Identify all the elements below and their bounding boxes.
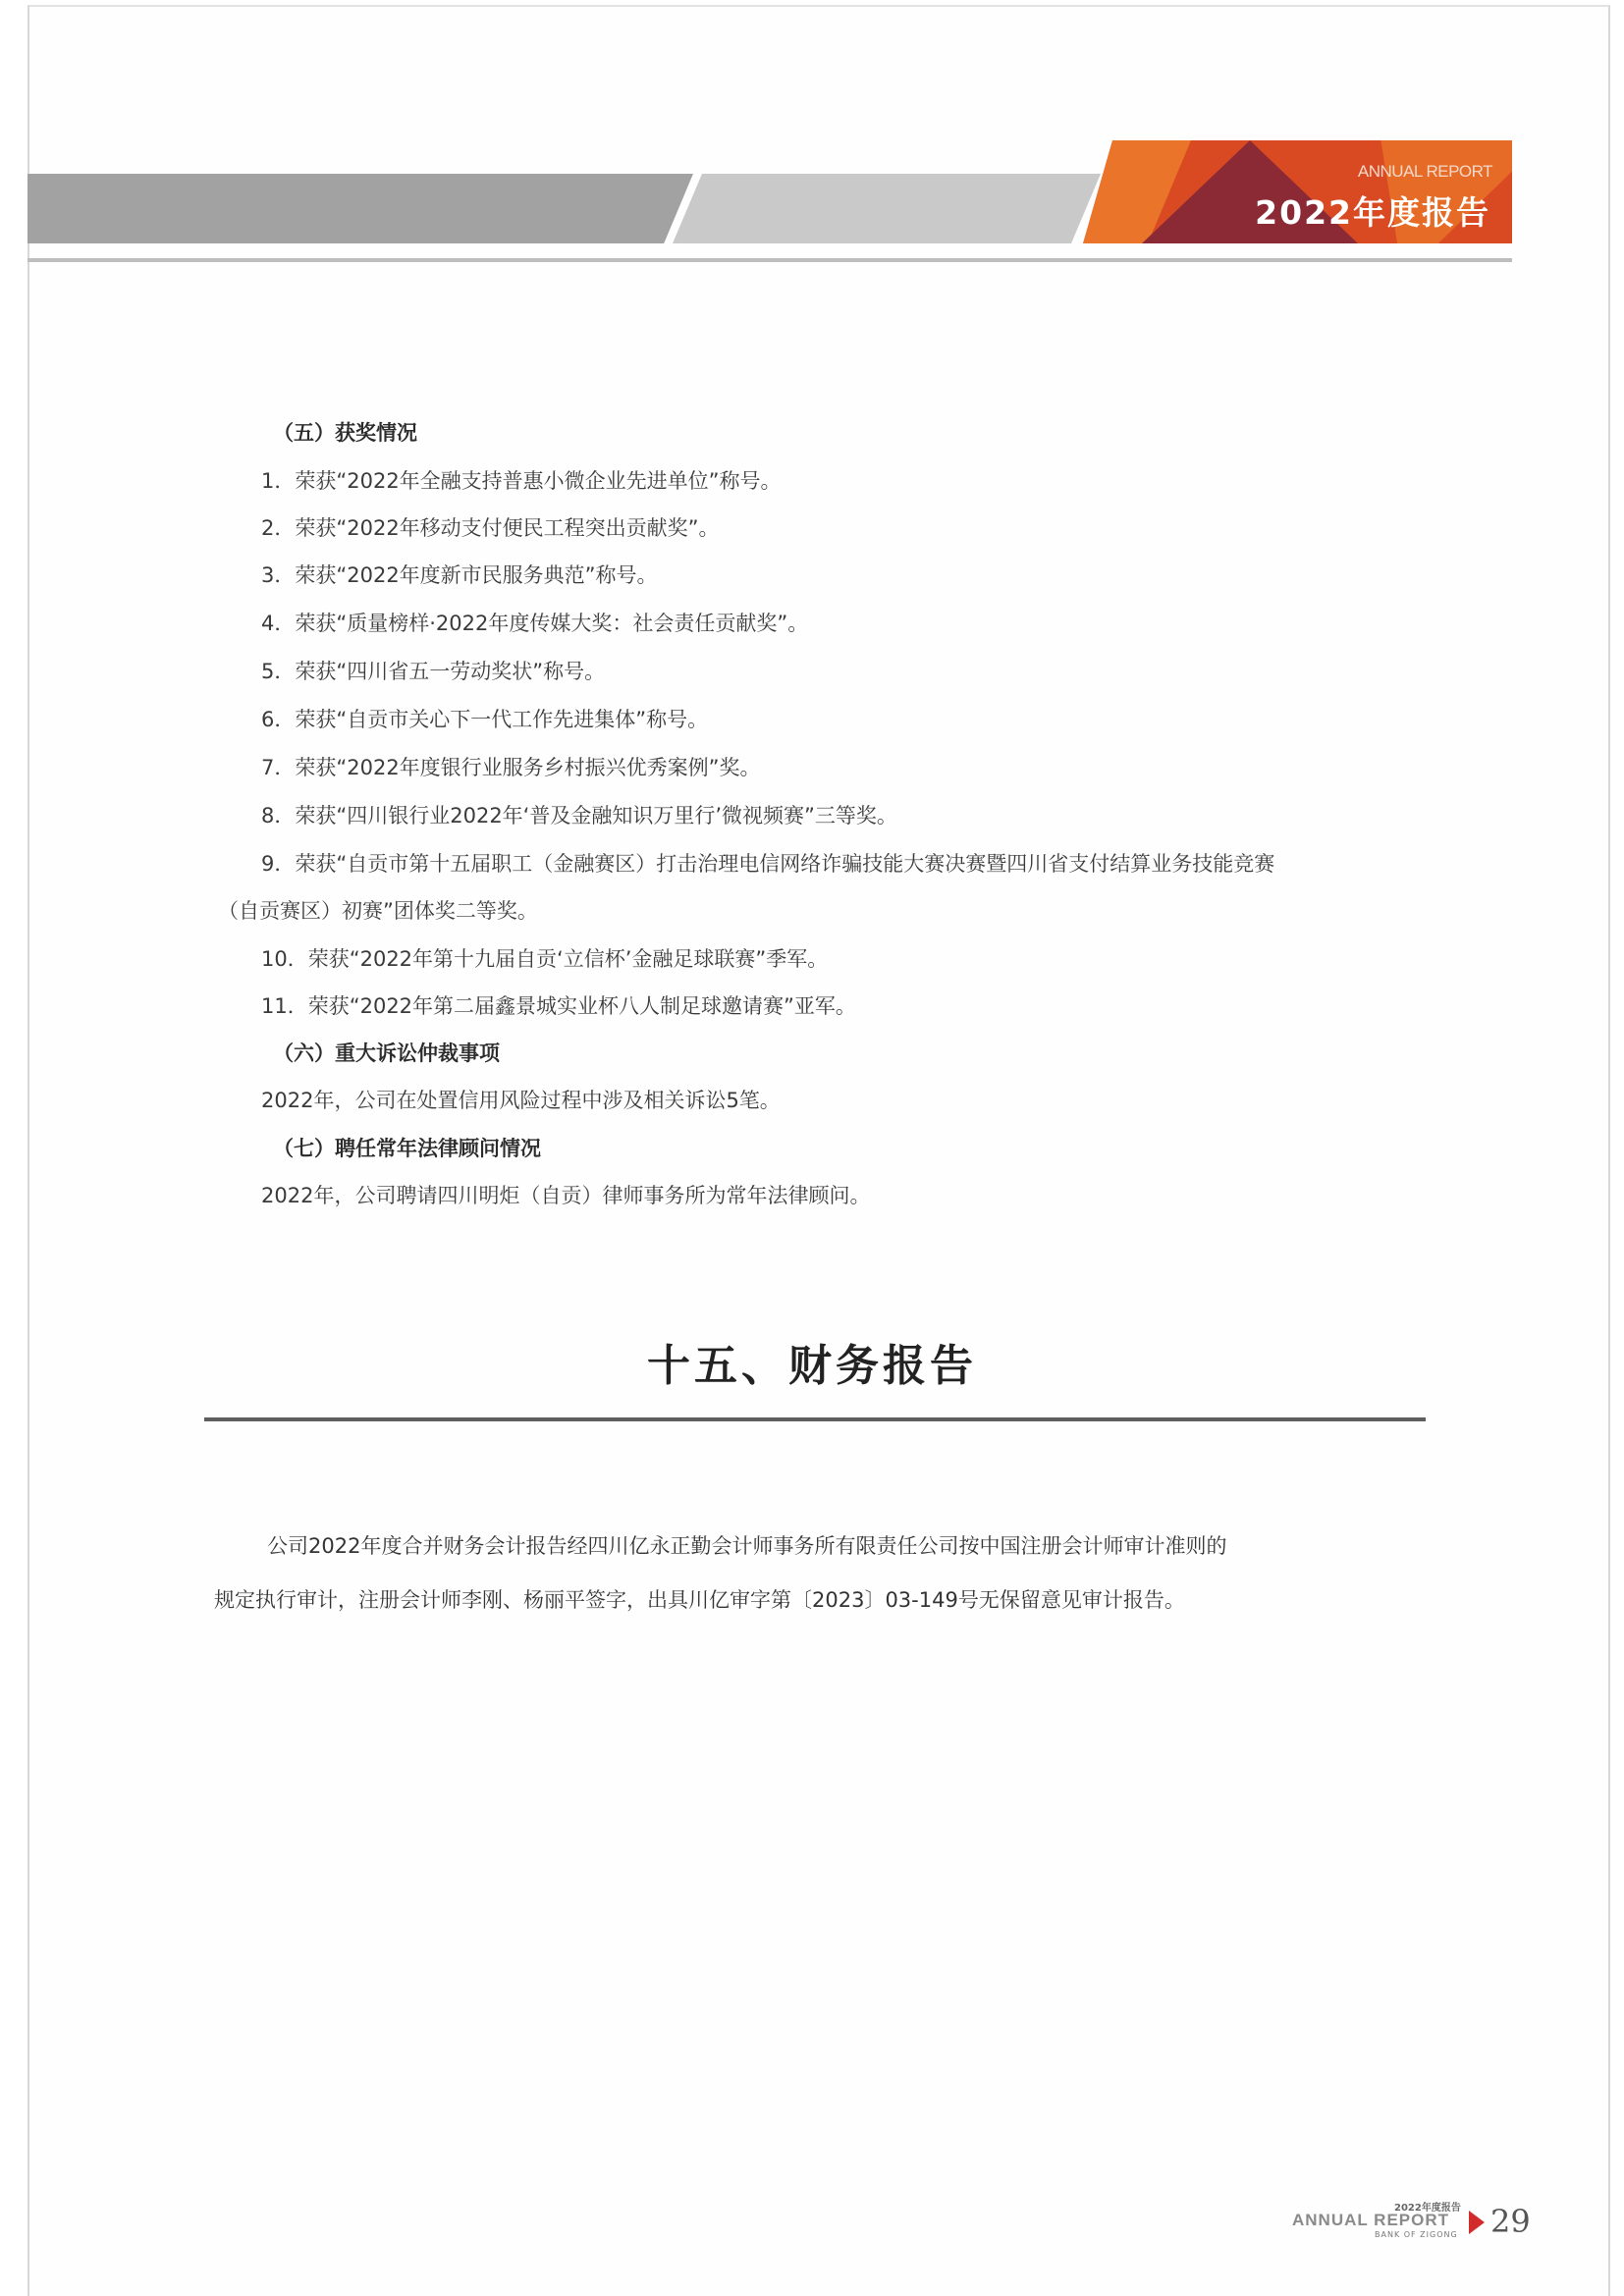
award-item-continuation: （自贡赛区）初赛”团体奖二等奖。	[218, 897, 538, 925]
award-item: 8．荣获“四川银行业2022年‘普及金融知识万里行’微视频赛”三等奖。	[261, 802, 897, 829]
page	[27, 5, 1610, 2296]
header-brand-block: ANNUAL REPORT 2022年度报告	[1083, 140, 1512, 243]
award-item: 2．荣获“2022年移动支付便民工程突出贡献奖”。	[261, 514, 720, 542]
award-item: 3．荣获“2022年度新市民服务典范”称号。	[261, 561, 658, 589]
header-bar-light	[673, 174, 1101, 243]
award-item: 9．荣获“自贡市第十五届职工（金融赛区）打击治理电信网络诈骗技能大赛决赛暨四川省…	[261, 850, 1274, 878]
legal-counsel-text: 2022年，公司聘请四川明炬（自贡）律师事务所为常年法律顾问。	[261, 1182, 870, 1209]
award-item: 4．荣获“质量榜样·2022年度传媒大奖：社会责任贡献奖”。	[261, 610, 808, 637]
award-item: 10．荣获“2022年第十九届自贡‘立信杯’金融足球联赛”季军。	[261, 945, 828, 973]
brand-annual-report-cn: 2022年度报告	[1255, 187, 1490, 234]
financial-report-paragraph-line-1: 公司2022年度合并财务会计报告经四川亿永正勤会计师事务所有限责任公司按中国注册…	[267, 1532, 1226, 1560]
award-item: 6．荣获“自贡市关心下一代工作先进集体”称号。	[261, 706, 708, 733]
header-rule	[27, 258, 1512, 262]
page-footer: 2022年度报告 ANNUAL REPORT BANK OF ZIGONG 29	[1276, 2199, 1532, 2258]
section-title-rule	[204, 1417, 1426, 1421]
footer-bank-name: BANK OF ZIGONG	[1375, 2230, 1458, 2239]
award-item: 11．荣获“2022年第二届鑫景城实业杯八人制足球邀请赛”亚军。	[261, 992, 856, 1020]
financial-report-paragraph-line-2: 规定执行审计，注册会计师李刚、杨丽平签字，出具川亿审字第〔2023〕03-149…	[214, 1586, 1185, 1614]
litigation-heading: （六）重大诉讼仲裁事项	[273, 1040, 500, 1067]
award-item: 7．荣获“2022年度银行业服务乡村振兴优秀案例”奖。	[261, 754, 761, 781]
legal-counsel-heading: （七）聘任常年法律顾问情况	[273, 1135, 541, 1162]
footer-annual-report: ANNUAL REPORT	[1292, 2211, 1449, 2230]
brand-annual-report-en: ANNUAL REPORT	[1358, 162, 1492, 182]
litigation-text: 2022年，公司在处置信用风险过程中涉及相关诉讼5笔。	[261, 1087, 781, 1114]
award-item: 1．荣获“2022年全融支持普惠小微企业先进单位”称号。	[261, 467, 782, 495]
award-item: 5．荣获“四川省五一劳动奖状”称号。	[261, 658, 605, 685]
header-bar-dark	[27, 174, 693, 243]
section-title: 十五、财务报告	[0, 1330, 1624, 1393]
awards-heading: （五）获奖情况	[273, 419, 417, 447]
footer-triangle-icon	[1469, 2211, 1485, 2234]
page-number: 29	[1490, 2203, 1531, 2240]
